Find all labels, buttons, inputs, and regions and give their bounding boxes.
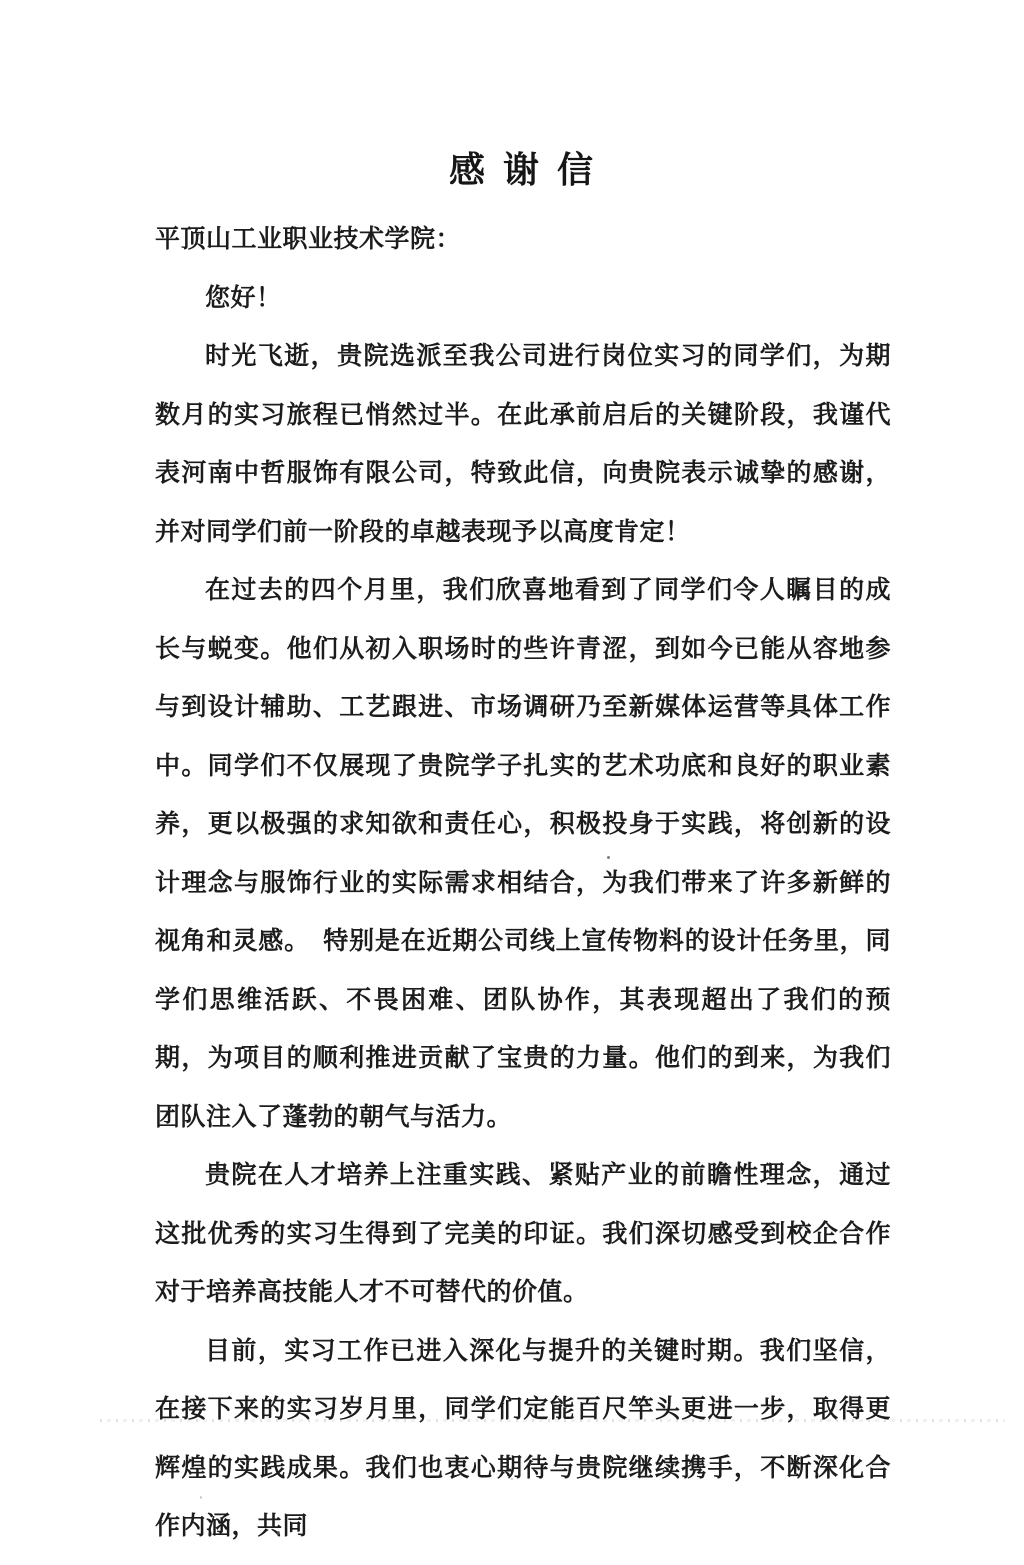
scan-noise-band: [100, 1419, 1005, 1422]
letter-sheet: 感 谢 信 平顶山工业职业技术学院： 您好！ 时光飞逝，贵院选派至我公司进行岗位…: [155, 148, 891, 1556]
scan-speck: [277, 1531, 280, 1535]
scan-speck: [607, 856, 610, 859]
letter-body: 平顶山工业职业技术学院： 您好！ 时光飞逝，贵院选派至我公司进行岗位实习的同学们…: [155, 210, 891, 1556]
letter-title: 感 谢 信: [155, 148, 891, 192]
letter-paragraph-2: 在过去的四个月里，我们欣喜地看到了同学们令人瞩目的成长与蜕变。他们从初入职场时的…: [155, 561, 891, 1146]
scan-speck: [200, 1496, 202, 1499]
document-page: 感 谢 信 平顶山工业职业技术学院： 您好！ 时光飞逝，贵院选派至我公司进行岗位…: [0, 0, 1024, 1565]
letter-paragraph-3: 贵院在人才培养上注重实践、紧贴产业的前瞻性理念，通过这批优秀的实习生得到了完美的…: [155, 1146, 891, 1322]
letter-paragraph-1: 时光飞逝，贵院选派至我公司进行岗位实习的同学们，为期数月的实习旅程已悄然过半。在…: [155, 327, 891, 561]
letter-salutation: 平顶山工业职业技术学院：: [155, 210, 891, 269]
letter-greeting: 您好！: [155, 269, 891, 328]
letter-paragraph-4: 目前，实习工作已进入深化与提升的关键时期。我们坚信，在接下来的实习岁月里，同学们…: [155, 1322, 891, 1556]
scan-speck: [511, 1478, 513, 1480]
